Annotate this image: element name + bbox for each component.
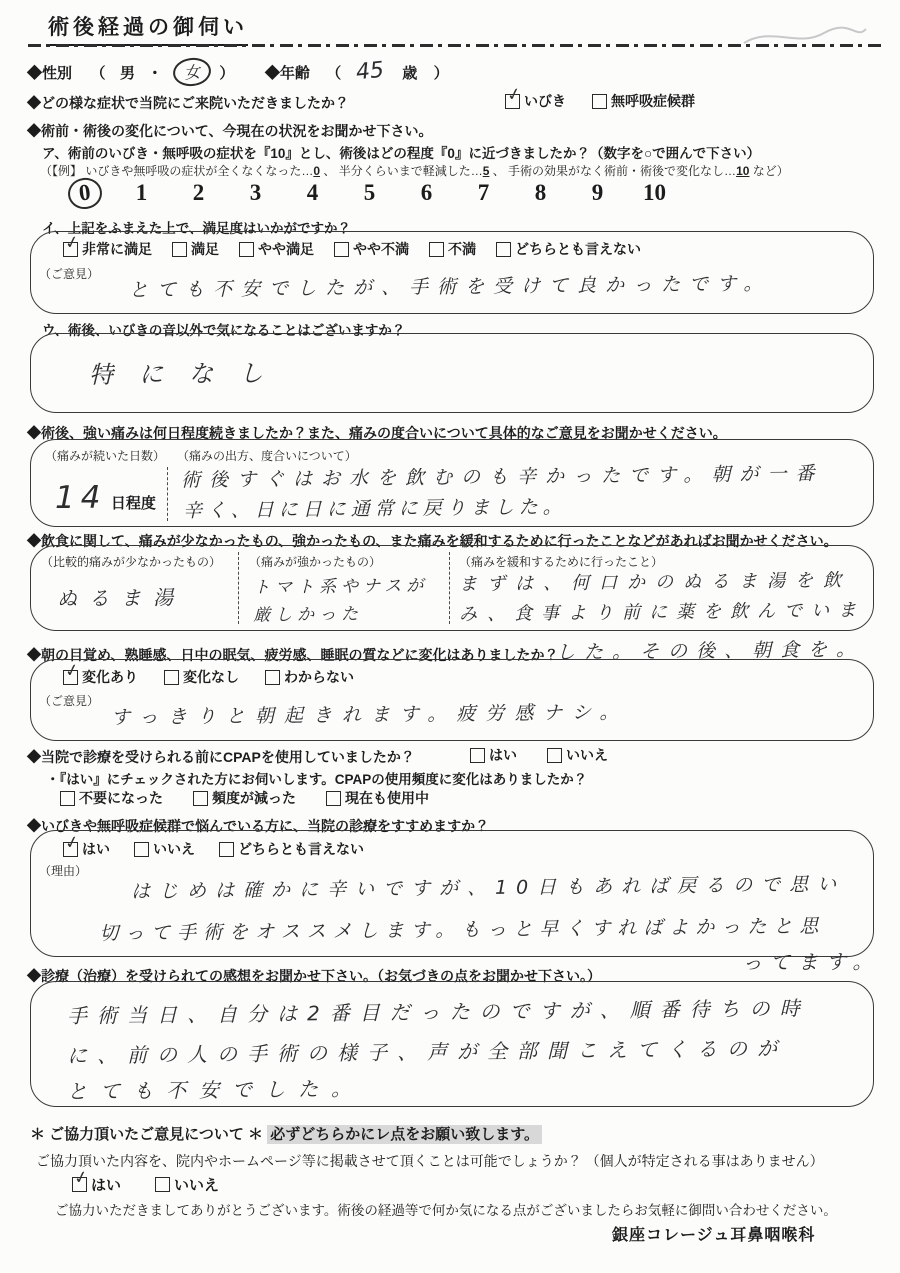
checkbox-box[interactable] bbox=[193, 791, 208, 806]
gender-option-female-circled[interactable]: 女 bbox=[171, 56, 212, 88]
scale-number-7[interactable]: 7 bbox=[455, 180, 512, 206]
pain-detail-line2-handwritten: 辛く、日に日に通常に戻りました。 bbox=[183, 492, 567, 523]
satisfaction-answer-box: 非常に満足 満足 やや満足 やや不満 不満 どちらとも言えない （ご意見） とて… bbox=[30, 231, 874, 314]
checkbox-box[interactable] bbox=[155, 1177, 170, 1192]
checkbox-recommend-dochira[interactable]: どちらとも言えない bbox=[219, 839, 364, 859]
checkbox-label: いいえ bbox=[153, 839, 195, 859]
recommend-reason-overflow-handwritten: ってます。 bbox=[742, 945, 881, 975]
pain-days-answer: 14 日程度 bbox=[55, 480, 156, 516]
scale-number-0[interactable]: 0 bbox=[56, 178, 113, 209]
checkbox-label: 満足 bbox=[191, 239, 219, 259]
checkbox-box[interactable] bbox=[164, 670, 179, 685]
checkbox-label: やや満足 bbox=[258, 239, 314, 259]
footer-note: ＊ ご協力頂いたご意見について ＊ 必ずどちらかにレ点をお願い致します。 bbox=[30, 1123, 542, 1144]
checkbox-publish-hai[interactable]: はい bbox=[72, 1174, 121, 1195]
scale-number-6[interactable]: 6 bbox=[398, 180, 455, 206]
checkbox-box[interactable] bbox=[172, 242, 187, 257]
checkbox-label: 頻度が減った bbox=[212, 788, 296, 808]
symptom-options: いびき 無呼吸症候群 bbox=[505, 91, 695, 111]
comment-label: （ご意見） bbox=[39, 692, 99, 709]
satisfaction-options: 非常に満足 満足 やや満足 やや不満 不満 どちらとも言えない bbox=[63, 239, 641, 259]
pen-scribble-mark bbox=[740, 24, 870, 55]
checkbox-box[interactable] bbox=[60, 791, 75, 806]
example-text: 、 手術の効果がなく術前・術後で変化なし… bbox=[489, 164, 736, 178]
checkbox-label: わからない bbox=[284, 667, 354, 687]
impression-answer-box: 手術当日、自分は2番目だったのですが、順番待ちの時 に、前の人の手術の様子、声が… bbox=[30, 981, 874, 1107]
concerns-answer-handwritten: 特になし bbox=[89, 353, 289, 390]
pain-answer-box: （痛みが続いた日数） （痛みの出方、度合いについて） 14 日程度 術後すぐはお… bbox=[30, 439, 874, 527]
concerns-answer-box: 特になし bbox=[30, 333, 874, 413]
checkbox-fuman[interactable]: 不満 bbox=[429, 239, 476, 259]
cpap-followup-question: ・『はい』にチェックされた方にお伺いします。CPAPの使用頻度に変化はありました… bbox=[46, 768, 587, 788]
question-a: ア、術前のいびき・無呼吸の症状を『10』とし、術後はどの程度『0』に近づきました… bbox=[42, 142, 760, 162]
checkbox-publish-iie[interactable]: いいえ bbox=[155, 1174, 219, 1195]
checkbox-recommend-iie[interactable]: いいえ bbox=[134, 839, 195, 859]
checkbox-box[interactable] bbox=[63, 842, 78, 857]
checkbox-box[interactable] bbox=[134, 842, 149, 857]
checkbox-label: いいえ bbox=[174, 1174, 219, 1195]
pain-days-label: （痛みが続いた日数） bbox=[45, 447, 165, 464]
checkbox-manzoku[interactable]: 満足 bbox=[172, 239, 219, 259]
diet-answer-box: （比較的痛みが少なかったもの） （痛みが強かったもの） （痛みを緩和するために行… bbox=[30, 545, 874, 631]
checkbox-label: 現在も使用中 bbox=[345, 788, 429, 808]
checkbox-label: やや不満 bbox=[353, 239, 409, 259]
publish-options: はい いいえ bbox=[72, 1174, 219, 1195]
diet-col1-label: （比較的痛みが少なかったもの） bbox=[41, 553, 221, 570]
checkbox-box[interactable] bbox=[326, 791, 341, 806]
checkbox-fuyou[interactable]: 不要になった bbox=[60, 788, 163, 808]
age-unit: 歳 bbox=[402, 65, 419, 82]
recommend-reason-line1-handwritten: はじめは確かに辛いですが、10日もあれば戻るので思い bbox=[131, 869, 845, 903]
checkbox-cpap-hai[interactable]: はい bbox=[470, 745, 517, 765]
checkbox-label: いびき bbox=[524, 91, 566, 111]
checkbox-label: はい bbox=[91, 1174, 121, 1195]
checkbox-box[interactable] bbox=[505, 94, 520, 109]
scale-number-3[interactable]: 3 bbox=[227, 180, 284, 206]
pain-box-divider bbox=[167, 467, 168, 521]
sleep-answer-box: 変化あり 変化なし わからない （ご意見） すっきりと朝起きれます。疲労感ナシ。 bbox=[30, 659, 874, 741]
footer-note-prefix: ＊ ご協力頂いたご意見について ＊ bbox=[30, 1126, 267, 1143]
checkbox-label: 不満 bbox=[448, 239, 476, 259]
checkbox-yaya-fuman[interactable]: やや不満 bbox=[334, 239, 409, 259]
checkbox-label: はい bbox=[489, 745, 517, 765]
diet-col2-label: （痛みが強かったもの） bbox=[249, 553, 381, 570]
sleep-comment-handwritten: すっきりと朝起きれます。疲労感ナシ。 bbox=[111, 697, 629, 729]
checkbox-yaya-manzoku[interactable]: やや満足 bbox=[239, 239, 314, 259]
checkbox-hindo-hetta[interactable]: 頻度が減った bbox=[193, 788, 296, 808]
impression-line1-handwritten: 手術当日、自分は2番目だったのですが、順番待ちの時 bbox=[67, 992, 810, 1029]
example-text: 、 半分くらいまで軽減した… bbox=[320, 164, 483, 178]
checkbox-mukokyu[interactable]: 無呼吸症候群 bbox=[592, 91, 695, 111]
checkbox-box[interactable] bbox=[470, 748, 485, 763]
checkbox-ibiki[interactable]: いびき bbox=[505, 91, 566, 111]
sleep-options: 変化あり 変化なし わからない bbox=[63, 667, 354, 687]
page-title: 術後経過の御伺い bbox=[48, 11, 248, 46]
diet-col3-line2-handwritten: み、食事より前に薬を飲んでいま bbox=[459, 596, 865, 626]
recommend-answer-box: はい いいえ どちらとも言えない （理由） はじめは確かに辛いですが、10日もあ… bbox=[30, 830, 874, 957]
circled-answer: 0 bbox=[66, 176, 103, 211]
scale-example: （【例】 いびきや無呼吸の症状が全くなくなった…0 、 半分くらいまで軽減した…… bbox=[40, 162, 789, 179]
checkbox-henka-ari[interactable]: 変化あり bbox=[63, 667, 138, 687]
rating-scale-row: 012345678910 bbox=[56, 178, 683, 209]
profile-row: ◆性別 （ 男 ・ 女 ） ◆年齢 （ 45 歳 ） bbox=[27, 58, 451, 86]
dashed-divider bbox=[28, 44, 886, 47]
dot-separator: ・ bbox=[147, 65, 164, 82]
checkbox-label: いいえ bbox=[566, 745, 608, 765]
scale-number-2[interactable]: 2 bbox=[170, 180, 227, 206]
satisfaction-comment-handwritten: とても不安でしたが、手術を受けて良かったです。 bbox=[129, 269, 772, 303]
scale-number-4[interactable]: 4 bbox=[284, 180, 341, 206]
checkbox-genzai-shiyou[interactable]: 現在も使用中 bbox=[326, 788, 429, 808]
checkbox-box[interactable] bbox=[334, 242, 349, 257]
example-text: など） bbox=[749, 164, 788, 178]
cpap-options: はい いいえ bbox=[470, 745, 608, 765]
checkbox-box[interactable] bbox=[239, 242, 254, 257]
checkbox-box[interactable] bbox=[219, 842, 234, 857]
publish-question: ご協力頂いた内容を、院内やホームページ等に掲載させて頂くことは可能でしょうか？ … bbox=[36, 1151, 824, 1171]
diet-col3-line1-handwritten: まずは、何口かのぬるま湯を飲 bbox=[459, 566, 851, 596]
checkbox-henka-nashi[interactable]: 変化なし bbox=[164, 667, 239, 687]
checkbox-box[interactable] bbox=[72, 1177, 87, 1192]
checkbox-label: 無呼吸症候群 bbox=[611, 91, 695, 111]
recommend-options: はい いいえ どちらとも言えない bbox=[63, 839, 364, 859]
footer-note-highlight: 必ずどちらかにレ点をお願い致します。 bbox=[267, 1125, 542, 1144]
checkbox-box[interactable] bbox=[429, 242, 444, 257]
symptom-question: ◆どの様な症状で当院にご来院いただきましたか？ bbox=[27, 93, 349, 113]
paren: （ bbox=[326, 65, 343, 82]
age-label: ◆年齢 bbox=[265, 65, 310, 82]
cpap-followup-options: 不要になった 頻度が減った 現在も使用中 bbox=[60, 788, 429, 808]
checkbox-recommend-hai[interactable]: はい bbox=[63, 839, 110, 859]
example-value-10: 10 bbox=[736, 164, 749, 178]
checkbox-dochira-tomo[interactable]: どちらとも言えない bbox=[496, 239, 641, 259]
thanks-text: ご協力いただきましてありがとうございます。術後の経過等で何か気になる点がございま… bbox=[55, 1199, 837, 1219]
pain-days-unit: 日程度 bbox=[111, 495, 156, 512]
recommend-reason-line2-handwritten: 切って手術をオススメします。もっと早くすればよかったと思 bbox=[99, 911, 826, 946]
paren: ） bbox=[434, 65, 451, 82]
reason-label: （理由） bbox=[39, 862, 87, 879]
paren: （ bbox=[90, 65, 107, 82]
checkbox-box[interactable] bbox=[547, 748, 562, 763]
impression-line3-handwritten: とても不安でした。 bbox=[67, 1072, 364, 1104]
age-value-handwritten[interactable]: 45 bbox=[355, 58, 385, 86]
scale-number-1[interactable]: 1 bbox=[113, 180, 170, 206]
diet-box-divider-1 bbox=[238, 552, 239, 624]
pain-days-value-handwritten: 14 bbox=[55, 480, 106, 516]
checkbox-box[interactable] bbox=[63, 242, 78, 257]
diet-col2-line1-handwritten: トマト系やナスが bbox=[253, 571, 429, 598]
checkbox-label: 変化なし bbox=[183, 667, 239, 687]
checkbox-hijou-ni-manzoku[interactable]: 非常に満足 bbox=[63, 239, 152, 259]
change-heading: ◆術前・術後の変化について、今現在の状況をお聞かせ下さい。 bbox=[27, 121, 432, 141]
scale-number-9[interactable]: 9 bbox=[569, 180, 626, 206]
checkbox-box[interactable] bbox=[496, 242, 511, 257]
diet-col2-line2-handwritten: 厳しかった bbox=[253, 599, 363, 625]
checkbox-label: 変化あり bbox=[82, 667, 138, 687]
checkbox-label: どちらとも言えない bbox=[238, 839, 364, 859]
checkbox-label: どちらとも言えない bbox=[515, 239, 641, 259]
gender-label: ◆性別 bbox=[27, 65, 72, 82]
checkbox-label: 不要になった bbox=[79, 788, 163, 808]
checkbox-box[interactable] bbox=[265, 670, 280, 685]
checkbox-box[interactable] bbox=[592, 94, 607, 109]
scale-number-5[interactable]: 5 bbox=[341, 180, 398, 206]
checkbox-wakaranai[interactable]: わからない bbox=[265, 667, 354, 687]
checkbox-box[interactable] bbox=[63, 670, 78, 685]
checkbox-cpap-iie[interactable]: いいえ bbox=[547, 745, 608, 765]
checkbox-label: 非常に満足 bbox=[82, 239, 152, 259]
survey-form-page: 術後経過の御伺い ◆性別 （ 男 ・ 女 ） ◆年齢 （ 45 歳 ） ◆どの様… bbox=[0, 0, 900, 1273]
pain-detail-line1-handwritten: 術後すぐはお水を飲むのも辛かったです。朝が一番 bbox=[181, 459, 824, 493]
clinic-name: 銀座コレージュ耳鼻咽喉科 bbox=[612, 1222, 815, 1245]
example-text: （【例】 いびきや無呼吸の症状が全くなくなった… bbox=[40, 164, 313, 178]
pain-detail-label: （痛みの出方、度合いについて） bbox=[177, 447, 357, 464]
cpap-question: ◆当院で診療を受けられる前にCPAPを使用していましたか？ bbox=[27, 747, 415, 767]
diet-box-divider-2 bbox=[449, 552, 450, 624]
impression-line2-handwritten: に、前の人の手術の様子、声が全部聞こえてくるのが bbox=[67, 1032, 787, 1069]
gender-option-male[interactable]: 男 bbox=[120, 65, 137, 82]
comment-label: （ご意見） bbox=[39, 265, 99, 282]
diet-col1-answer-handwritten: ぬるま湯 bbox=[57, 581, 185, 611]
checkbox-label: はい bbox=[82, 839, 110, 859]
scale-number-10[interactable]: 10 bbox=[626, 180, 683, 206]
scale-number-8[interactable]: 8 bbox=[512, 180, 569, 206]
paren: ） bbox=[219, 65, 236, 82]
